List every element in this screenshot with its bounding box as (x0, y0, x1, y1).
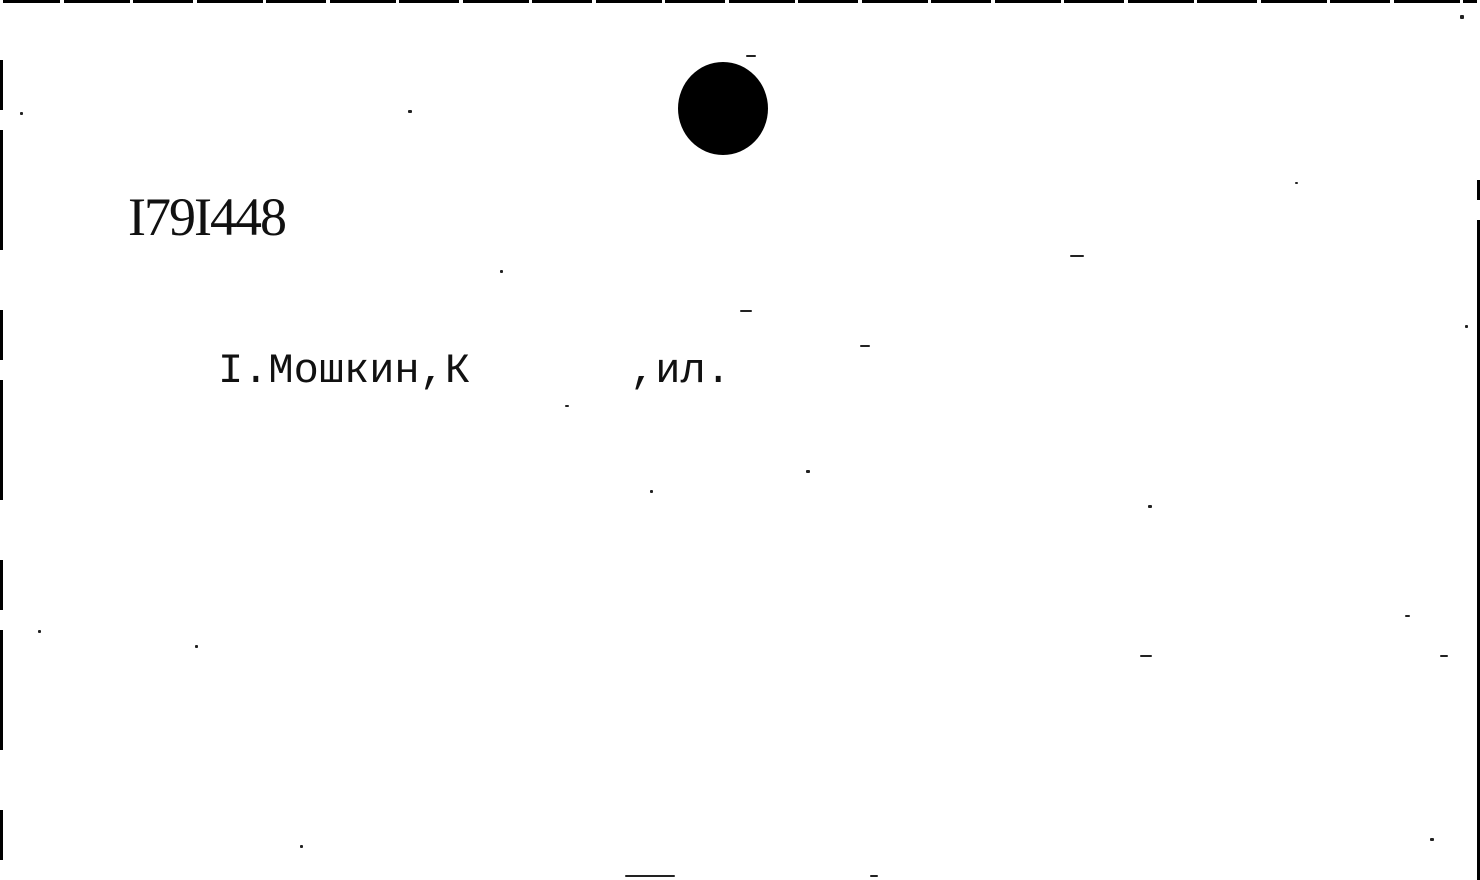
scan-speck (20, 112, 23, 115)
punch-hole-icon (678, 62, 768, 155)
scan-speck (1440, 655, 1448, 657)
accession-number: I79I448 (128, 190, 285, 244)
scan-speck (1465, 325, 1468, 328)
scan-speck (1148, 505, 1152, 508)
entry-author: I.Мошкин,К (218, 350, 470, 392)
scan-speck (740, 310, 752, 312)
scan-speck (650, 490, 653, 493)
scan-speck (746, 55, 756, 57)
scan-speck (1070, 255, 1084, 257)
scan-speck (1295, 182, 1298, 184)
scan-speck (300, 845, 303, 848)
catalog-entry: I.Мошкин,К ,ил. (218, 350, 731, 392)
scan-speck (1140, 655, 1152, 657)
scan-speck (1405, 615, 1410, 617)
scan-edge-top (0, 0, 1480, 3)
scan-edge-left (0, 0, 3, 880)
scan-speck (195, 645, 198, 648)
scan-speck (408, 110, 412, 113)
scan-speck (500, 270, 503, 273)
scan-speck (1460, 15, 1464, 19)
scan-speck (1430, 838, 1434, 841)
scan-speck (625, 875, 675, 877)
catalog-card: I79I448 I.Мошкин,К ,ил. (0, 0, 1480, 880)
scan-speck (38, 630, 41, 633)
scan-speck (870, 875, 878, 877)
scan-speck (860, 345, 870, 347)
entry-suffix: ,ил. (630, 350, 731, 392)
scan-speck (806, 470, 810, 473)
scan-speck (565, 405, 569, 407)
